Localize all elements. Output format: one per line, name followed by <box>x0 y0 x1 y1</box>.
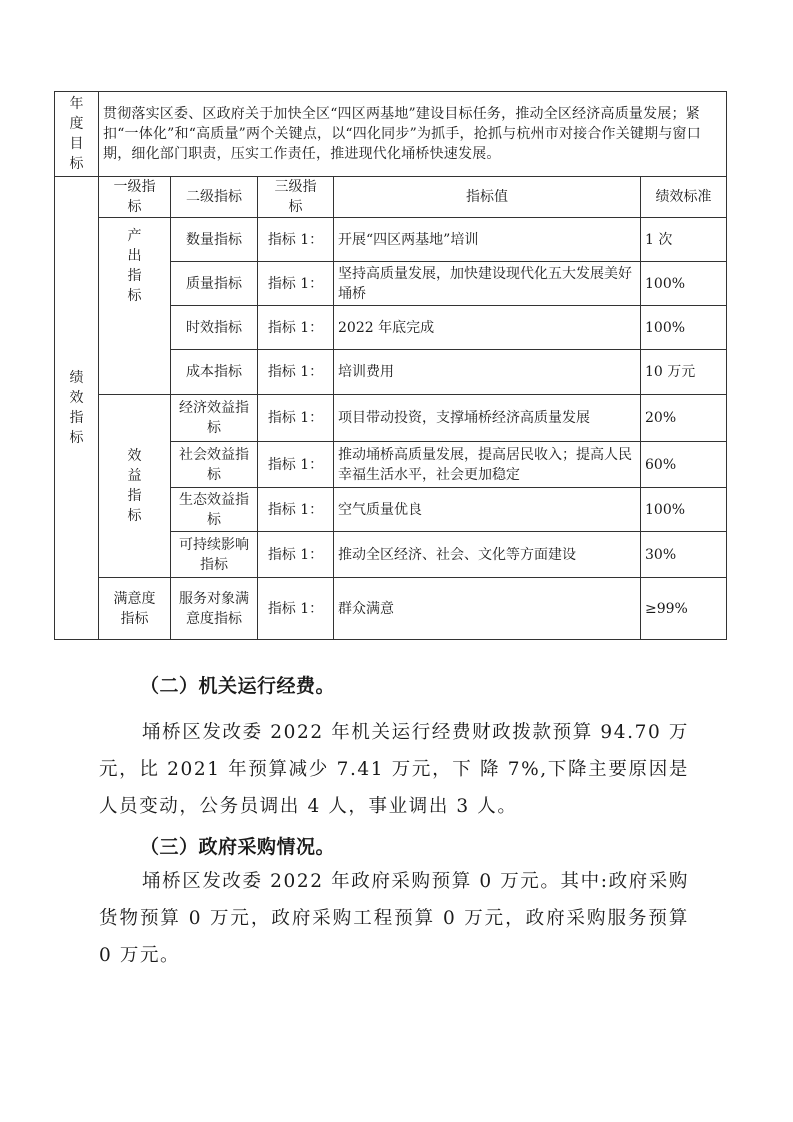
annual-goal-row: 年 度 目 标 贯彻落实区委、区政府关于加快全区“四区两基地”建设目标任务，推动… <box>55 92 727 177</box>
section-body-operating-expenses: 埇桥区发改委 2022 年机关运行经费财政拨款预算 94.70 万元，比 202… <box>99 714 689 825</box>
cell-standard: 60% <box>641 442 727 488</box>
cell-value: 空气质量优良 <box>334 488 641 532</box>
header-level3: 三级指标 <box>258 177 334 218</box>
cell-level3: 指标 1： <box>258 578 334 640</box>
header-level1: 一级指标 <box>99 177 171 218</box>
cell-level2: 社会效益指标 <box>171 442 258 488</box>
cell-level3: 指标 1： <box>258 350 334 395</box>
cell-value: 开展“四区两基地”培训 <box>334 218 641 262</box>
cell-standard: 100% <box>641 488 727 532</box>
cell-level3: 指标 1： <box>258 262 334 306</box>
label-char: 标 <box>103 506 166 526</box>
cell-level2: 经济效益指标 <box>171 395 258 442</box>
cell-standard: 10 万元 <box>641 350 727 395</box>
cell-standard: 1 次 <box>641 218 727 262</box>
annual-goal-text: 贯彻落实区委、区政府关于加快全区“四区两基地”建设目标任务，推动全区经济高质量发… <box>99 92 727 177</box>
cell-level2: 质量指标 <box>171 262 258 306</box>
cell-value: 培训费用 <box>334 350 641 395</box>
label-char: 益 <box>103 466 166 486</box>
cell-level2: 生态效益指标 <box>171 488 258 532</box>
label-char: 年 <box>59 94 94 114</box>
label-char: 效 <box>59 388 94 408</box>
group-satisfaction-label: 满意度指标 <box>99 578 171 640</box>
cell-level2: 数量指标 <box>171 218 258 262</box>
table-row: 效 益 指 标 经济效益指标 指标 1： 项目带动投资，支撑埇桥经济高质量发展 … <box>55 395 727 442</box>
table-row: 满意度指标 服务对象满意度指标 指标 1： 群众满意 ≥99% <box>55 578 727 640</box>
cell-level3: 指标 1： <box>258 395 334 442</box>
cell-value: 推动全区经济、社会、文化等方面建设 <box>334 532 641 578</box>
cell-value: 群众满意 <box>334 578 641 640</box>
label-char: 标 <box>59 428 94 448</box>
label-char: 度 <box>59 114 94 134</box>
table-header-row: 绩 效 指 标 一级指标 二级指标 三级指标 指标值 绩效标准 <box>55 177 727 218</box>
header-standard: 绩效标准 <box>641 177 727 218</box>
header-value: 指标值 <box>334 177 641 218</box>
header-level2: 二级指标 <box>171 177 258 218</box>
cell-value: 坚持高质量发展，加快建设现代化五大发展美好埇桥 <box>334 262 641 306</box>
cell-standard: 20% <box>641 395 727 442</box>
cell-value: 项目带动投资，支撑埇桥经济高质量发展 <box>334 395 641 442</box>
cell-value: 2022 年底完成 <box>334 306 641 350</box>
cell-level2: 服务对象满意度指标 <box>171 578 258 640</box>
performance-goals-table: 年 度 目 标 贯彻落实区委、区政府关于加快全区“四区两基地”建设目标任务，推动… <box>54 91 727 640</box>
label-char: 产 <box>103 226 166 246</box>
label-char: 标 <box>103 286 166 306</box>
section-body-procurement: 埇桥区发改委 2022 年政府采购预算 0 万元。其中:政府采购货物预算 0 万… <box>99 863 689 974</box>
cell-level2: 成本指标 <box>171 350 258 395</box>
label-char: 出 <box>103 246 166 266</box>
cell-level2: 时效指标 <box>171 306 258 350</box>
section-heading-procurement: （三）政府采购情况。 <box>140 832 335 859</box>
annual-goal-label: 年 度 目 标 <box>55 92 99 177</box>
cell-value: 推动埇桥高质量发展，提高居民收入；提高人民幸福生活水平，社会更加稳定 <box>334 442 641 488</box>
table-row: 产 出 指 标 数量指标 指标 1： 开展“四区两基地”培训 1 次 <box>55 218 727 262</box>
label-char: 指 <box>103 486 166 506</box>
cell-level3: 指标 1： <box>258 488 334 532</box>
label-char: 效 <box>103 446 166 466</box>
label-char: 标 <box>59 154 94 174</box>
cell-standard: 100% <box>641 306 727 350</box>
cell-level3: 指标 1： <box>258 442 334 488</box>
label-char: 指 <box>59 408 94 428</box>
cell-level3: 指标 1： <box>258 532 334 578</box>
label-char: 指 <box>103 266 166 286</box>
section-heading-operating-expenses: （二）机关运行经费。 <box>140 671 335 698</box>
group-output-label: 产 出 指 标 <box>99 218 171 395</box>
group-benefit-label: 效 益 指 标 <box>99 395 171 578</box>
cell-level2: 可持续影响指标 <box>171 532 258 578</box>
cell-level3: 指标 1： <box>258 218 334 262</box>
cell-standard: ≥99% <box>641 578 727 640</box>
label-char: 绩 <box>59 368 94 388</box>
cell-standard: 100% <box>641 262 727 306</box>
performance-indicator-label: 绩 效 指 标 <box>55 177 99 640</box>
cell-standard: 30% <box>641 532 727 578</box>
label-char: 目 <box>59 134 94 154</box>
cell-level3: 指标 1： <box>258 306 334 350</box>
